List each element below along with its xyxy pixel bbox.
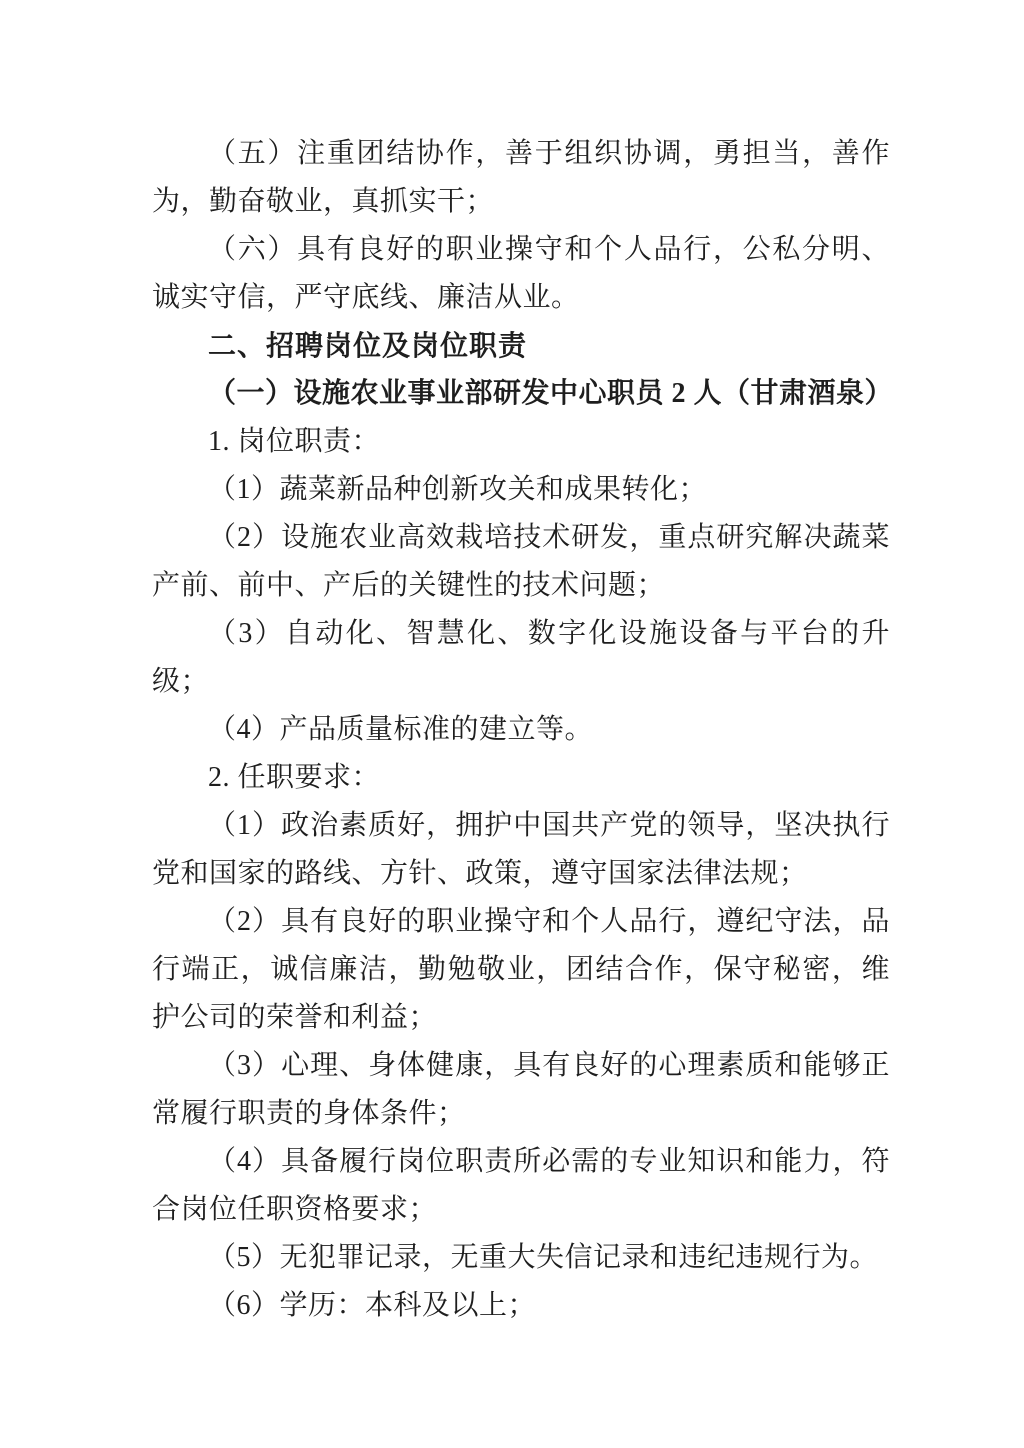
job-duty-item-1: （1）蔬菜新品种创新攻关和成果转化；: [152, 466, 890, 514]
position-heading-facility-agriculture: （一）设施农业事业部研发中心职员 2 人（甘肃酒泉）: [152, 370, 890, 418]
qualification-item-1: （1）政治素质好，拥护中国共产党的领导，坚决执行党和国家的路线、方针、政策，遵守…: [152, 802, 890, 898]
job-duty-item-2: （2）设施农业高效栽培技术研发，重点研究解决蔬菜产前、前中、产后的关键性的技术问…: [152, 514, 890, 610]
qualification-item-2: （2）具有良好的职业操守和个人品行，遵纪守法，品行端正，诚信廉洁，勤勉敬业，团结…: [152, 898, 890, 1042]
subheading-qualifications: 2. 任职要求：: [152, 754, 890, 802]
section-heading-recruitment-positions: 二、招聘岗位及岗位职责: [152, 322, 890, 370]
qualification-item-6: （6）学历：本科及以上；: [152, 1282, 890, 1330]
job-duty-item-3: （3）自动化、智慧化、数字化设施设备与平台的升级；: [152, 610, 890, 706]
subheading-job-duties: 1. 岗位职责：: [152, 418, 890, 466]
qualification-item-4: （4）具备履行岗位职责所必需的专业知识和能力，符合岗位任职资格要求；: [152, 1138, 890, 1234]
paragraph-clause-5: （五）注重团结协作，善于组织协调，勇担当，善作为，勤奋敬业，真抓实干；: [152, 130, 890, 226]
job-duty-item-4: （4）产品质量标准的建立等。: [152, 706, 890, 754]
document-page: （五）注重团结协作，善于组织协调，勇担当，善作为，勤奋敬业，真抓实干； （六）具…: [0, 0, 1024, 1448]
qualification-item-5: （5）无犯罪记录，无重大失信记录和违纪违规行为。: [152, 1234, 890, 1282]
paragraph-clause-6: （六）具有良好的职业操守和个人品行，公私分明、诚实守信，严守底线、廉洁从业。: [152, 226, 890, 322]
qualification-item-3: （3）心理、身体健康，具有良好的心理素质和能够正常履行职责的身体条件；: [152, 1042, 890, 1138]
